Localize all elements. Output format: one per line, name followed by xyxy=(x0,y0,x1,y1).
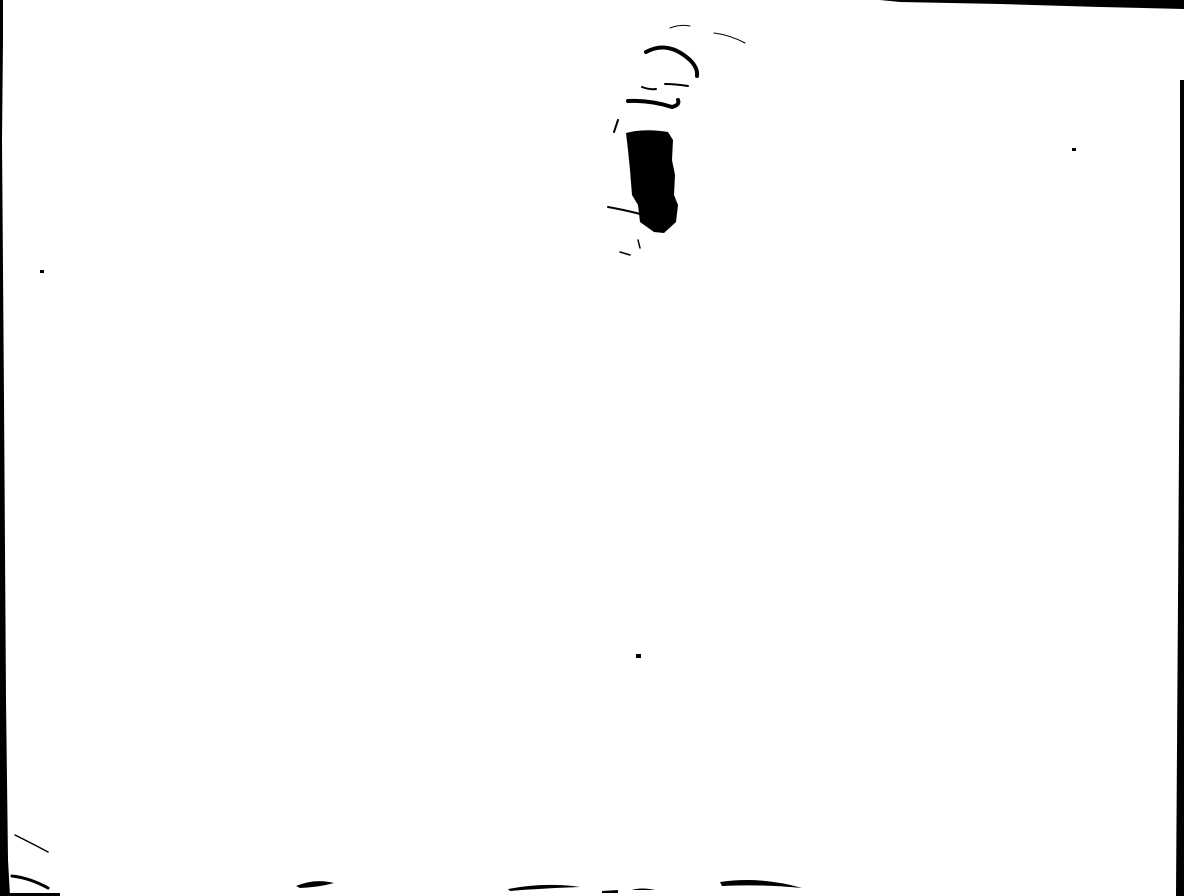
speck xyxy=(1072,148,1076,151)
speck xyxy=(40,270,44,273)
background xyxy=(0,0,1184,896)
speck xyxy=(636,654,641,658)
thresholded-photo xyxy=(0,0,1184,896)
